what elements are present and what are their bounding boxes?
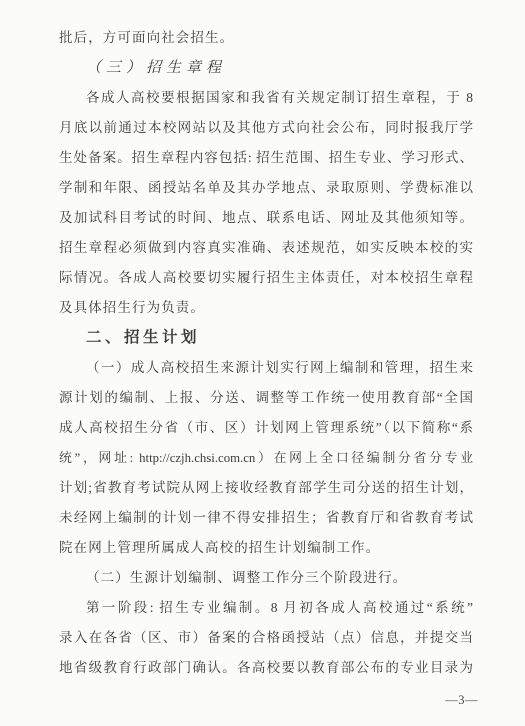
text-line-with-url: 统”，网址: http://czjh.chsi.com.cn）在网上全口径编制分…: [59, 443, 473, 473]
text-line: 批后，方可面向社会招生。: [59, 23, 473, 53]
text-line: （二）生源计划编制、调整工作分三个阶段进行。: [59, 563, 473, 593]
text-line: 各成人高校要根据国家和我省有关规定制订招生章程，于 8: [59, 83, 473, 113]
text-line: 招生章程必须做到内容真实准确、表述规范，如实反映本校的实: [59, 233, 473, 263]
text-line: 成人高校招生分省（市、区）计划网上管理系统”（以下简称“系: [59, 413, 473, 443]
document-page: 批后，方可面向社会招生。 （三）招生章程 各成人高校要根据国家和我省有关规定制订…: [0, 0, 525, 726]
text-line: 院在网上管理所属成人高校的招生计划编制工作。: [59, 533, 473, 563]
page-number: —3—: [445, 691, 478, 709]
text-line: 及加试科目考试的时间、地点、联系电话、网址及其他须知等。: [59, 203, 473, 233]
text-line: 源计划的编制、上报、分送、调整等工作统一使用教育部“全国: [59, 383, 473, 413]
text-line: 学制和年限、函授站名单及其办学地点、录取原则、学费标准以: [59, 173, 473, 203]
text-line: （一）成人高校招生来源计划实行网上编制和管理，招生来: [59, 353, 473, 383]
text-line: 计划;省教育考试院从网上接收经教育部学生司分送的招生计划，: [59, 473, 473, 503]
text-line: 第一阶段: 招生专业编制。8 月初各成人高校通过“系统”: [59, 593, 473, 623]
text-line: 际情况。各成人高校要切实履行招生主体责任，对本校招生章程: [59, 263, 473, 293]
subsection-heading: （三）招生章程: [59, 53, 473, 83]
text-line: 地省级教育行政部门确认。各高校要以教育部公布的专业目录为: [59, 653, 473, 683]
text-line: 录入在各省（区、市）备案的合格函授站（点）信息，并提交当: [59, 623, 473, 653]
text-line: 及具体招生行为负责。: [59, 293, 473, 323]
section-heading: 二、招生计划: [59, 323, 473, 353]
document-body: 批后，方可面向社会招生。 （三）招生章程 各成人高校要根据国家和我省有关规定制订…: [59, 23, 473, 683]
text-line: 生处备案。招生章程内容包括: 招生范围、招生专业、学习形式、: [59, 143, 473, 173]
text-line: 月底以前通过本校网站以及其他方式向社会公布，同时报我厅学: [59, 113, 473, 143]
text-line: 未经网上编制的计划一律不得安排招生；省教育厅和省教育考试: [59, 503, 473, 533]
